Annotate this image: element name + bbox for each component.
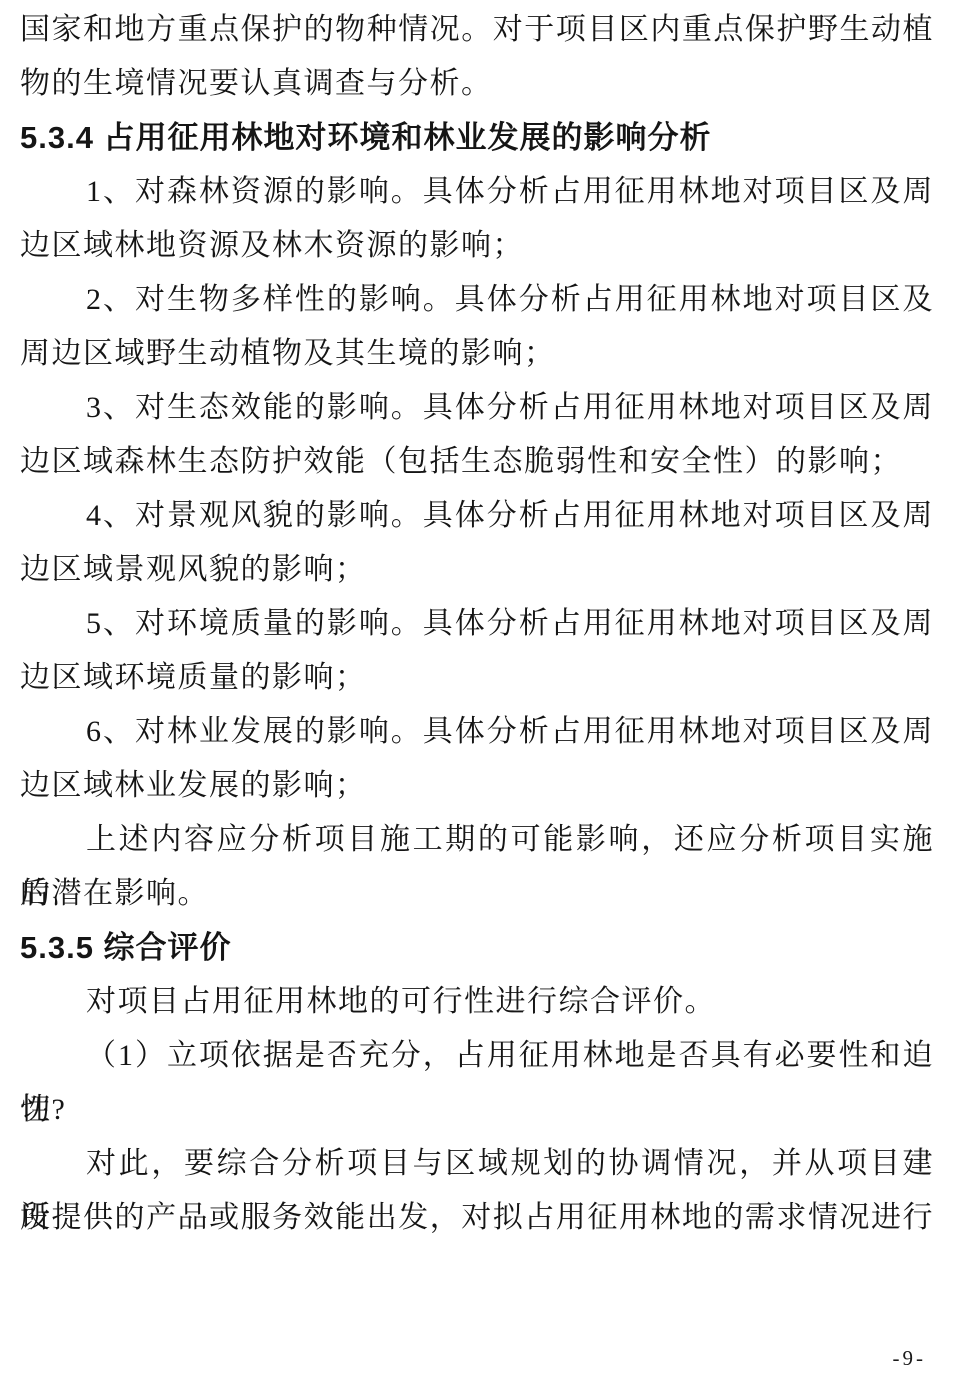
text-line: 对项目占用征用林地的可行性进行综合评价。: [20, 975, 934, 1029]
text-line: 所提供的产品或服务效能出发，对拟占用征用林地的需求情况进行: [20, 1191, 934, 1245]
text-line: 边区域景观风貌的影响；: [20, 543, 934, 597]
text-line: 上述内容应分析项目施工期的可能影响，还应分析项目实施后: [20, 813, 934, 867]
text-line: 边区域森林生态防护效能（包括生态脆弱性和安全性）的影响；: [20, 435, 934, 489]
text-line: 4、对景观风貌的影响。具体分析占用征用林地对项目区及周: [20, 489, 934, 543]
text-line: 对此，要综合分析项目与区域规划的协调情况，并从项目建设: [20, 1137, 934, 1191]
text-line: 边区域林业发展的影响；: [20, 759, 934, 813]
section-heading: 5.3.5 综合评价: [20, 921, 934, 975]
text-line: 的潜在影响。: [20, 867, 934, 921]
text-line: 2、对生物多样性的影响。具体分析占用征用林地对项目区及: [20, 273, 934, 327]
text-line: 边区域林地资源及林木资源的影响；: [20, 219, 934, 273]
text-line: 5、对环境质量的影响。具体分析占用征用林地对项目区及周: [20, 597, 934, 651]
text-line: 3、对生态效能的影响。具体分析占用征用林地对项目区及周: [20, 381, 934, 435]
text-line: 国家和地方重点保护的物种情况。对于项目区内重点保护野生动植: [20, 3, 934, 57]
document-page: 国家和地方重点保护的物种情况。对于项目区内重点保护野生动植物的生境情况要认真调查…: [0, 0, 956, 1393]
text-line: 物的生境情况要认真调查与分析。: [20, 57, 934, 111]
section-heading: 5.3.4 占用征用林地对环境和林业发展的影响分析: [20, 111, 934, 165]
text-line: 周边区域野生动植物及其生境的影响；: [20, 327, 934, 381]
text-lines: 国家和地方重点保护的物种情况。对于项目区内重点保护野生动植物的生境情况要认真调查…: [20, 3, 934, 1245]
text-line: 性?: [20, 1083, 934, 1137]
page-number: -9-: [893, 1346, 927, 1371]
text-line: 1、对森林资源的影响。具体分析占用征用林地对项目区及周: [20, 165, 934, 219]
text-line: 边区域环境质量的影响；: [20, 651, 934, 705]
text-line: （1）立项依据是否充分，占用征用林地是否具有必要性和迫切: [20, 1029, 934, 1083]
text-line: 6、对林业发展的影响。具体分析占用征用林地对项目区及周: [20, 705, 934, 759]
